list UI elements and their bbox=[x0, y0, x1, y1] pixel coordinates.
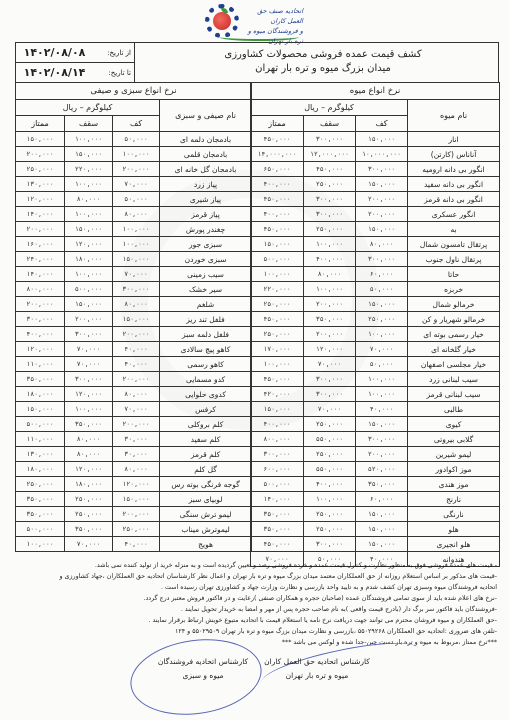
price-premium: ۳۵۰,۰۰۰ bbox=[251, 522, 304, 537]
item-name: خرمالو شهریار و کن bbox=[408, 312, 500, 327]
item-name: کلم سفید bbox=[160, 432, 252, 447]
price-max: ۸۰,۰۰۰ bbox=[65, 432, 113, 447]
price-premium: ۴۵۰,۰۰۰ bbox=[251, 537, 304, 552]
price-min: ۱۵۰,۰۰۰ bbox=[356, 522, 408, 537]
item-name: پیاز زرد bbox=[160, 177, 252, 192]
price-max: ۱۸۰,۰۰۰ bbox=[65, 252, 113, 267]
price-premium: ۶۵۰,۰۰۰ bbox=[251, 162, 304, 177]
item-name: گوجه فرنگی بوته رس bbox=[160, 477, 252, 492]
to-date-label: تا تاریخ: bbox=[93, 69, 134, 77]
title-line1: کشف قیمت عمده فروشی محصولات کشاورزی bbox=[148, 48, 498, 62]
price-premium: ۲۲۰,۰۰۰ bbox=[251, 282, 304, 297]
item-name: کرفس bbox=[160, 402, 252, 417]
vegetable-row: لیموترش میناب۲۵۰,۰۰۰۳۵۰,۰۰۰۵۰۰,۰۰۰ bbox=[16, 522, 252, 537]
vegetable-row: پیاز زرد۷۰,۰۰۰۱۰۰,۰۰۰۱۳۰,۰۰۰ bbox=[16, 177, 252, 192]
page-title: کشف قیمت عمده فروشی محصولات کشاورزی میدا… bbox=[148, 43, 498, 82]
item-name: گل کلم bbox=[160, 462, 252, 477]
price-premium: ۱۰۰,۰۰۰ bbox=[251, 267, 304, 282]
price-premium: ۶۰۰,۰۰۰ bbox=[251, 462, 304, 477]
price-premium: ۳۵۰,۰۰۰ bbox=[16, 372, 65, 387]
price-premium: ۲۰۰,۰۰۰ bbox=[16, 147, 65, 162]
vegetable-row: کلم بروکلی۲۰۰,۰۰۰۳۵۰,۰۰۰۵۰۰,۰۰۰ bbox=[16, 417, 252, 432]
item-name: به bbox=[408, 222, 500, 237]
price-min: ۳۰۰,۰۰۰ bbox=[113, 282, 160, 297]
fruit-row: سیب لبنانی قرمز۱۰۰,۰۰۰۳۰۰,۰۰۰۴۲۰,۰۰۰ bbox=[251, 387, 500, 402]
price-min: ۴۰,۰۰۰ bbox=[113, 342, 160, 357]
item-name: پرتقال تامسون شمال bbox=[408, 237, 500, 252]
price-max: ۱۰۰,۰۰۰ bbox=[65, 207, 113, 222]
item-name: کلم قرمز bbox=[160, 447, 252, 462]
price-max: ۲۵۰,۰۰۰ bbox=[304, 177, 356, 192]
item-name: پیاز قرمز bbox=[160, 207, 252, 222]
price-max: ۱۲۰,۰۰۰ bbox=[65, 237, 113, 252]
fruit-row: نارنگی۱۵۰,۰۰۰۲۵۰,۰۰۰۳۵۰,۰۰۰ bbox=[251, 507, 500, 522]
fruit-row: موز هندی۳۵۰,۰۰۰۴۰۰,۰۰۰۵۰۰,۰۰۰ bbox=[251, 477, 500, 492]
item-name: کاهو پیچ سالادی bbox=[160, 342, 252, 357]
item-name: پرتقال ناول جنوب bbox=[408, 252, 500, 267]
price-max: ۳۵۰,۰۰۰ bbox=[304, 312, 356, 327]
fruit-row: حاتا۶۰,۰۰۰۸۰,۰۰۰۱۰۰,۰۰۰ bbox=[251, 267, 500, 282]
price-min: ۵۰,۰۰۰ bbox=[356, 282, 408, 297]
price-min: ۷۰,۰۰۰ bbox=[113, 177, 160, 192]
price-premium: ۳۰۰,۰۰۰ bbox=[16, 312, 65, 327]
price-max: ۲۰۰,۰۰۰ bbox=[304, 327, 356, 342]
item-name: هلو انجیری bbox=[408, 537, 500, 552]
price-min: ۱۵۰,۰۰۰ bbox=[356, 222, 408, 237]
item-name: خربزه bbox=[408, 282, 500, 297]
vegetable-row: کلم قرمز۳۰,۰۰۰۸۰,۰۰۰۱۳۰,۰۰۰ bbox=[16, 447, 252, 462]
item-name: خرمالو شمال bbox=[408, 297, 500, 312]
price-max: ۲۵۰,۰۰۰ bbox=[304, 447, 356, 462]
vegetable-row: سبزی خوردن۱۵۰,۰۰۰۱۸۰,۰۰۰۲۴۰,۰۰۰ bbox=[16, 252, 252, 267]
item-name: بادمجان گل خانه ای bbox=[160, 162, 252, 177]
price-min: ۸۰,۰۰۰ bbox=[113, 297, 160, 312]
price-premium: ۲۵۰,۰۰۰ bbox=[251, 297, 304, 312]
fruit-row: خیار گلخانه ای۷۰,۰۰۰۱۲۰,۰۰۰۱۷۰,۰۰۰ bbox=[251, 342, 500, 357]
vegetable-price-table: نرخ انواع سبزی و صیفی نام صیفی و سبزی کی… bbox=[15, 82, 252, 552]
fruit-row: خرمالو شمال۱۵۰,۰۰۰۲۰۰,۰۰۰۲۵۰,۰۰۰ bbox=[251, 297, 500, 312]
price-min: ۳۰,۰۰۰ bbox=[113, 432, 160, 447]
to-date-row: تا تاریخ: ۱۴۰۲/۰۸/۱۴ bbox=[16, 63, 134, 82]
item-name: لیمو شیرین bbox=[408, 447, 500, 462]
fruit-row: هلو۱۵۰,۰۰۰۲۵۰,۰۰۰۳۵۰,۰۰۰ bbox=[251, 522, 500, 537]
price-premium: ۴۰۰,۰۰۰ bbox=[251, 177, 304, 192]
item-name: موز اکوادور bbox=[408, 462, 500, 477]
fruit-unit-header: کیلوگرم – ریال bbox=[251, 100, 408, 116]
price-max: ۳۰۰,۰۰۰ bbox=[304, 207, 356, 222]
vegetable-row: لیمو ترش سنگی۲۰۰,۰۰۰۲۵۰,۰۰۰۳۵۰,۰۰۰ bbox=[16, 507, 252, 522]
signature-right-line2: میوه و تره بار تهران bbox=[262, 669, 372, 683]
price-premium: ۱۱۰,۰۰۰ bbox=[16, 357, 65, 372]
fruit-row: به۱۵۰,۰۰۰۲۵۰,۰۰۰۴۵۰,۰۰۰ bbox=[251, 222, 500, 237]
item-name: سبزی جور bbox=[160, 237, 252, 252]
price-min: ۴۰,۰۰۰ bbox=[113, 537, 160, 552]
item-name: هویج bbox=[160, 537, 252, 552]
price-premium: ۳۵۰,۰۰۰ bbox=[251, 507, 304, 522]
fruit-row: آناناس (کارتن)۱۰,۰۰۰,۰۰۰۱۲,۰۰۰,۰۰۰۱۴,۰۰۰… bbox=[251, 147, 500, 162]
price-premium: ۱۴۰,۰۰۰ bbox=[251, 492, 304, 507]
price-premium: ۱۱۰,۰۰۰ bbox=[16, 432, 65, 447]
price-min: ۶۰,۰۰۰ bbox=[356, 492, 408, 507]
item-name: لیمو ترش سنگی bbox=[160, 507, 252, 522]
price-premium: ۵۰۰,۰۰۰ bbox=[16, 522, 65, 537]
logo-line1: اتحادیه صنف حق العمل کاران bbox=[243, 6, 303, 26]
item-name: کدو مسمایی bbox=[160, 372, 252, 387]
price-premium: ۲۵۰,۰۰۰ bbox=[251, 327, 304, 342]
fruit-row: خرمالو شهریار و کن۲۵۰,۰۰۰۳۵۰,۰۰۰۴۵۰,۰۰۰ bbox=[251, 312, 500, 327]
price-premium: ۴۵۰,۰۰۰ bbox=[251, 192, 304, 207]
item-name: سیر خشک bbox=[160, 282, 252, 297]
price-min: ۱۰۰,۰۰۰ bbox=[356, 327, 408, 342]
vegetable-row: کدوی حلوایی۸۰,۰۰۰۱۲۰,۰۰۰۱۸۰,۰۰۰ bbox=[16, 387, 252, 402]
veg-unit-header: کیلوگرم – ریال bbox=[16, 100, 160, 116]
fruit-row: انگور بی دانه قرمز۲۰۰,۰۰۰۳۰۰,۰۰۰۴۵۰,۰۰۰ bbox=[251, 192, 500, 207]
price-premium: ۵۰۰,۰۰۰ bbox=[251, 477, 304, 492]
price-premium: ۴۵۰,۰۰۰ bbox=[251, 132, 304, 147]
price-premium: ۲۵۰,۰۰۰ bbox=[16, 477, 65, 492]
price-max: ۱۰۰,۰۰۰ bbox=[65, 402, 113, 417]
price-min: ۶۰,۰۰۰ bbox=[356, 267, 408, 282]
item-name: انگور بی دانه سفید bbox=[408, 177, 500, 192]
item-name: گلابی بیروتی bbox=[408, 432, 500, 447]
price-max: ۱۰۰,۰۰۰ bbox=[65, 177, 113, 192]
from-date-value: ۱۴۰۲/۰۸/۰۸ bbox=[16, 46, 93, 59]
price-premium: ۱۲۰,۰۰۰ bbox=[16, 342, 65, 357]
price-max: ۱۵۰,۰۰۰ bbox=[65, 147, 113, 162]
fruit-row: خیار رسمی بوته ای۱۰۰,۰۰۰۲۰۰,۰۰۰۲۵۰,۰۰۰ bbox=[251, 327, 500, 342]
veg-col-premium: ممتاز bbox=[16, 116, 65, 132]
vegetable-row: هویج۴۰,۰۰۰۷۰,۰۰۰۱۰۰,۰۰۰ bbox=[16, 537, 252, 552]
price-min: ۲۵۰,۰۰۰ bbox=[356, 312, 408, 327]
price-max: ۱۰۰,۰۰۰ bbox=[65, 132, 113, 147]
price-premium: ۱۵۰,۰۰۰ bbox=[16, 402, 65, 417]
fruit-section-title: نرخ انواع میوه bbox=[251, 83, 500, 100]
from-date-label: از تاریخ: bbox=[93, 49, 134, 57]
fruit-row: خربزه۵۰,۰۰۰۱۰۰,۰۰۰۲۲۰,۰۰۰ bbox=[251, 282, 500, 297]
footnotes: - قیمت های عمده فروشی فوق به منظور نظارت… bbox=[27, 560, 497, 648]
fruit-row: نارنج۶۰,۰۰۰۱۰۰,۰۰۰۱۴۰,۰۰۰ bbox=[251, 492, 500, 507]
note: -تلفن های ضروری :اتحادیه حق العملکاران ۵… bbox=[27, 626, 497, 637]
price-premium: ۲۴۰,۰۰۰ bbox=[16, 252, 65, 267]
price-premium: ۸۰۰,۰۰۰ bbox=[16, 282, 65, 297]
price-min: ۱۰۰,۰۰۰ bbox=[356, 387, 408, 402]
price-max: ۸۰,۰۰۰ bbox=[65, 447, 113, 462]
price-premium: ۱۵۰,۰۰۰ bbox=[16, 132, 65, 147]
price-max: ۱۲۰,۰۰۰ bbox=[304, 342, 356, 357]
signature-right-line1: کارشناس اتحادیه حق العمل کاران bbox=[262, 655, 372, 669]
price-min: ۲۰۰,۰۰۰ bbox=[356, 192, 408, 207]
price-max: ۳۰۰,۰۰۰ bbox=[65, 372, 113, 387]
veg-section-title: نرخ انواع سبزی و صیفی bbox=[16, 83, 252, 100]
price-max: ۱۰۰,۰۰۰ bbox=[304, 237, 356, 252]
price-max: ۲۵۰,۰۰۰ bbox=[304, 417, 356, 432]
vegetable-row: کاهو پیچ سالادی۴۰,۰۰۰۷۰,۰۰۰۱۲۰,۰۰۰ bbox=[16, 342, 252, 357]
price-max: ۷۰,۰۰۰ bbox=[304, 357, 356, 372]
price-premium: ۱۴۰,۰۰۰ bbox=[16, 207, 65, 222]
price-min: ۱۰,۰۰۰,۰۰۰ bbox=[356, 147, 408, 162]
price-premium: ۱۰۰,۰۰۰ bbox=[16, 537, 65, 552]
fruit-row: انار۱۵۰,۰۰۰۳۰۰,۰۰۰۴۵۰,۰۰۰ bbox=[251, 132, 500, 147]
veg-name-header: نام صیفی و سبزی bbox=[160, 100, 252, 132]
price-max: ۱۵۰,۰۰۰ bbox=[65, 297, 113, 312]
item-name: بادمجان قلمی bbox=[160, 147, 252, 162]
fruit-price-table: نرخ انواع میوه نام میوه کیلوگرم – ریال ک… bbox=[250, 82, 500, 567]
price-max: ۱۰۰,۰۰۰ bbox=[304, 282, 356, 297]
fruit-col-max: سقف bbox=[304, 116, 356, 132]
price-premium: ۱۶۰,۰۰۰ bbox=[16, 237, 65, 252]
price-min: ۳۵۰,۰۰۰ bbox=[356, 477, 408, 492]
item-name: بادمجان دلمه ای bbox=[160, 132, 252, 147]
vegetable-row: پیاز قرمز۸۰,۰۰۰۱۰۰,۰۰۰۱۴۰,۰۰۰ bbox=[16, 207, 252, 222]
price-max: ۷۰,۰۰۰ bbox=[304, 402, 356, 417]
price-min: ۵۰,۰۰۰ bbox=[113, 192, 160, 207]
price-premium: ۲۰۰,۰۰۰ bbox=[16, 222, 65, 237]
vegetable-row: بادمجان گل خانه ای۲۰۰,۰۰۰۲۲۰,۰۰۰۲۵۰,۰۰۰ bbox=[16, 162, 252, 177]
price-premium: ۸۰۰,۰۰۰ bbox=[251, 432, 304, 447]
price-max: ۱۲۰,۰۰۰ bbox=[65, 462, 113, 477]
vegetable-row: سیر خشک۳۰۰,۰۰۰۵۰۰,۰۰۰۸۰۰,۰۰۰ bbox=[16, 282, 252, 297]
price-min: ۲۰۰,۰۰۰ bbox=[113, 327, 160, 342]
price-min: ۷۰,۰۰۰ bbox=[113, 402, 160, 417]
price-min: ۱۵۰,۰۰۰ bbox=[356, 132, 408, 147]
price-max: ۱۸۰,۰۰۰ bbox=[65, 477, 113, 492]
price-max: ۷۰,۰۰۰ bbox=[65, 357, 113, 372]
item-name: کیوی bbox=[408, 417, 500, 432]
price-min: ۸۰,۰۰۰ bbox=[113, 462, 160, 477]
union-logo: اتحادیه صنف حق العمل کاران و فروشندگان م… bbox=[205, 2, 305, 42]
fruit-row: انگور عسکری۲۰۰,۰۰۰۳۰۰,۰۰۰۴۰۰,۰۰۰ bbox=[251, 207, 500, 222]
vegetable-row: کدو مسمایی۲۰۰,۰۰۰۳۰۰,۰۰۰۳۵۰,۰۰۰ bbox=[16, 372, 252, 387]
price-min: ۳۰,۰۰۰ bbox=[113, 447, 160, 462]
signature-brokers-union: کارشناس اتحادیه حق العمل کاران میوه و تر… bbox=[262, 655, 372, 683]
price-max: ۳۰۰,۰۰۰ bbox=[304, 192, 356, 207]
price-premium: ۳۰۰,۰۰۰ bbox=[251, 447, 304, 462]
fruit-row: گلابی بیروتی۳۰۰,۰۰۰۵۵۰,۰۰۰۸۰۰,۰۰۰ bbox=[251, 432, 500, 447]
item-name: کدوی حلوایی bbox=[160, 387, 252, 402]
fruit-row: موز اکوادور۵۲۰,۰۰۰۵۵۰,۰۰۰۶۰۰,۰۰۰ bbox=[251, 462, 500, 477]
fruit-row: پرتقال ناول جنوب۳۰۰,۰۰۰۴۰۰,۰۰۰۵۰۰,۰۰۰ bbox=[251, 252, 500, 267]
price-min: ۱۵۰,۰۰۰ bbox=[356, 177, 408, 192]
vegetable-row: سیب زمینی۷۰,۰۰۰۱۰۰,۰۰۰۱۴۰,۰۰۰ bbox=[16, 267, 252, 282]
price-premium: ۳۵۰,۰۰۰ bbox=[16, 492, 65, 507]
item-name: لوبیای سبز bbox=[160, 492, 252, 507]
fruit-row: طالبی۴۰,۰۰۰۷۰,۰۰۰۱۵۰,۰۰۰ bbox=[251, 402, 500, 417]
price-max: ۱۰۰,۰۰۰ bbox=[65, 267, 113, 282]
date-range: از تاریخ: ۱۴۰۲/۰۸/۰۸ تا تاریخ: ۱۴۰۲/۰۸/۱… bbox=[16, 43, 135, 82]
price-max: ۳۰۰,۰۰۰ bbox=[65, 327, 113, 342]
price-min: ۱۵۰,۰۰۰ bbox=[113, 492, 160, 507]
price-min: ۱۰۰,۰۰۰ bbox=[113, 222, 160, 237]
item-name: لیموترش میناب bbox=[160, 522, 252, 537]
price-max: ۱۵۰,۰۰۰ bbox=[65, 222, 113, 237]
price-min: ۴۰,۰۰۰ bbox=[356, 402, 408, 417]
price-min: ۲۰۰,۰۰۰ bbox=[113, 507, 160, 522]
price-premium: ۵۰۰,۰۰۰ bbox=[251, 252, 304, 267]
price-premium: ۴۰۰,۰۰۰ bbox=[251, 417, 304, 432]
price-premium: ۱۴,۰۰۰,۰۰۰ bbox=[251, 147, 304, 162]
note: -فروشندگان باید فاکتور سر برگ دار (بادرج… bbox=[27, 604, 497, 615]
price-max: ۳۵۰,۰۰۰ bbox=[65, 417, 113, 432]
price-max: ۷۰,۰۰۰ bbox=[65, 537, 113, 552]
fruit-row: سیب لبنانی زرد۱۰۰,۰۰۰۳۰۰,۰۰۰۴۵۰,۰۰۰ bbox=[251, 372, 500, 387]
item-name: انگور عسکری bbox=[408, 207, 500, 222]
item-name: طالبی bbox=[408, 402, 500, 417]
price-max: ۲۰۰,۰۰۰ bbox=[65, 312, 113, 327]
price-max: ۳۰۰,۰۰۰ bbox=[304, 387, 356, 402]
price-max: ۱۲,۰۰۰,۰۰۰ bbox=[304, 147, 356, 162]
fruit-name-header: نام میوه bbox=[408, 100, 500, 132]
price-min: ۲۰۰,۰۰۰ bbox=[113, 372, 160, 387]
price-min: ۴۰,۰۰۰ bbox=[113, 357, 160, 372]
item-name: انار bbox=[408, 132, 500, 147]
signature-vendors-union: کارشناس اتحادیه فروشندگان میوه و سبزی bbox=[148, 655, 258, 683]
price-max: ۳۰۰,۰۰۰ bbox=[304, 132, 356, 147]
price-max: ۳۰۰,۰۰۰ bbox=[304, 537, 356, 552]
price-premium: ۱۷۰,۰۰۰ bbox=[251, 342, 304, 357]
price-premium: ۱۳۰,۰۰۰ bbox=[16, 447, 65, 462]
price-min: ۱۰۰,۰۰۰ bbox=[113, 237, 160, 252]
title-line2: میدان بزرگ میوه و تره بار تهران bbox=[148, 62, 498, 76]
price-min: ۲۰۰,۰۰۰ bbox=[113, 162, 160, 177]
note: -حق العملکاران و میوه فروشان محترم می تو… bbox=[27, 615, 497, 626]
price-min: ۱۵۰,۰۰۰ bbox=[356, 417, 408, 432]
item-name: انگور بی دانه ارومیه bbox=[408, 162, 500, 177]
price-max: ۳۵۰,۰۰۰ bbox=[65, 522, 113, 537]
price-premium: ۱۸۰,۰۰۰ bbox=[16, 387, 65, 402]
price-min: ۵۰,۰۰۰ bbox=[356, 357, 408, 372]
price-min: ۳۰۰,۰۰۰ bbox=[356, 432, 408, 447]
price-max: ۲۵۰,۰۰۰ bbox=[304, 522, 356, 537]
vegetable-row: پیاز شیری۵۰,۰۰۰۸۰,۰۰۰۱۲۰,۰۰۰ bbox=[16, 192, 252, 207]
price-premium: ۴۵۰,۰۰۰ bbox=[251, 372, 304, 387]
note: اتحادیه فروشندگان میوه وسبزی تهران کشف ش… bbox=[27, 582, 497, 593]
note: -نرخ های اعلام شده باید از سوی تمامی فرو… bbox=[27, 593, 497, 604]
vegetable-row: شلغم۸۰,۰۰۰۱۵۰,۰۰۰۲۰۰,۰۰۰ bbox=[16, 297, 252, 312]
price-premium: ۲۰۰,۰۰۰ bbox=[16, 297, 65, 312]
price-premium: ۱۳۰,۰۰۰ bbox=[16, 177, 65, 192]
price-max: ۲۵۰,۰۰۰ bbox=[304, 507, 356, 522]
fruit-col-premium: ممتاز bbox=[251, 116, 304, 132]
item-name: سیب لبنانی قرمز bbox=[408, 387, 500, 402]
item-name: کاهو رسمی bbox=[160, 357, 252, 372]
price-premium: ۱۲۰,۰۰۰ bbox=[16, 192, 65, 207]
price-max: ۲۵۰,۰۰۰ bbox=[65, 492, 113, 507]
price-premium: ۴۵۰,۰۰۰ bbox=[251, 312, 304, 327]
note: - قیمت های عمده فروشی فوق به منظور نظارت… bbox=[27, 560, 497, 571]
fruit-row: هلو انجیری۱۵۰,۰۰۰۳۰۰,۰۰۰۴۵۰,۰۰۰ bbox=[251, 537, 500, 552]
price-max: ۴۰۰,۰۰۰ bbox=[304, 252, 356, 267]
fruit-row: انگور بی دانه ارومیه۳۰۰,۰۰۰۴۵۰,۰۰۰۶۵۰,۰۰… bbox=[251, 162, 500, 177]
price-min: ۳۰۰,۰۰۰ bbox=[356, 252, 408, 267]
price-min: ۸۰,۰۰۰ bbox=[113, 387, 160, 402]
price-max: ۴۰۰,۰۰۰ bbox=[304, 477, 356, 492]
price-min: ۷۰,۰۰۰ bbox=[113, 267, 160, 282]
vegetable-row: فلفل تند ریز۱۵۰,۰۰۰۲۰۰,۰۰۰۳۰۰,۰۰۰ bbox=[16, 312, 252, 327]
price-max: ۷۰,۰۰۰ bbox=[65, 342, 113, 357]
vegetable-row: چغندر پورش۱۰۰,۰۰۰۱۵۰,۰۰۰۲۰۰,۰۰۰ bbox=[16, 222, 252, 237]
price-max: ۲۰۰,۰۰۰ bbox=[304, 297, 356, 312]
item-name: حاتا bbox=[408, 267, 500, 282]
price-min: ۸۰,۰۰۰ bbox=[113, 207, 160, 222]
item-name: چغندر پورش bbox=[160, 222, 252, 237]
price-premium: ۴۲۰,۰۰۰ bbox=[251, 387, 304, 402]
item-name: خیار گلخانه ای bbox=[408, 342, 500, 357]
price-premium: ۱۵۰,۰۰۰ bbox=[251, 402, 304, 417]
vegetable-row: لوبیای سبز۱۵۰,۰۰۰۲۵۰,۰۰۰۳۵۰,۰۰۰ bbox=[16, 492, 252, 507]
item-name: موز هندی bbox=[408, 477, 500, 492]
vegetable-row: سبزی جور۱۰۰,۰۰۰۱۲۰,۰۰۰۱۶۰,۰۰۰ bbox=[16, 237, 252, 252]
price-max: ۲۵۰,۰۰۰ bbox=[304, 222, 356, 237]
price-premium: ۱۵۰,۰۰۰ bbox=[251, 237, 304, 252]
item-name: کلم بروکلی bbox=[160, 417, 252, 432]
item-name: انگور بی دانه قرمز bbox=[408, 192, 500, 207]
price-max: ۸۰,۰۰۰ bbox=[65, 192, 113, 207]
vegetable-row: کرفس۷۰,۰۰۰۱۰۰,۰۰۰۱۵۰,۰۰۰ bbox=[16, 402, 252, 417]
price-premium: ۴۵۰,۰۰۰ bbox=[251, 222, 304, 237]
price-premium: ۱۴۰,۰۰۰ bbox=[16, 267, 65, 282]
item-name: نارنج bbox=[408, 492, 500, 507]
price-min: ۸۰,۰۰۰ bbox=[356, 237, 408, 252]
price-max: ۲۲۰,۰۰۰ bbox=[65, 162, 113, 177]
price-min: ۱۰۰,۰۰۰ bbox=[113, 147, 160, 162]
price-max: ۵۵۰,۰۰۰ bbox=[304, 432, 356, 447]
veg-col-min: کف bbox=[113, 116, 160, 132]
item-name: نارنگی bbox=[408, 507, 500, 522]
item-name: خیار رسمی بوته ای bbox=[408, 327, 500, 342]
document-header: کشف قیمت عمده فروشی محصولات کشاورزی میدا… bbox=[15, 42, 499, 83]
price-max: ۵۵۰,۰۰۰ bbox=[304, 462, 356, 477]
vegetable-row: کلم سفید۳۰,۰۰۰۸۰,۰۰۰۱۱۰,۰۰۰ bbox=[16, 432, 252, 447]
price-premium: ۴۰۰,۰۰۰ bbox=[16, 327, 65, 342]
logo-text: اتحادیه صنف حق العمل کاران و فروشندگان م… bbox=[243, 6, 303, 46]
price-min: ۲۵۰,۰۰۰ bbox=[113, 522, 160, 537]
fruit-row: انگور بی دانه سفید۱۵۰,۰۰۰۲۵۰,۰۰۰۴۰۰,۰۰۰ bbox=[251, 177, 500, 192]
price-min: ۷۰,۰۰۰ bbox=[356, 342, 408, 357]
item-name: فلفل تند ریز bbox=[160, 312, 252, 327]
price-max: ۴۵۰,۰۰۰ bbox=[304, 162, 356, 177]
price-min: ۱۰۰,۰۰۰ bbox=[356, 372, 408, 387]
vegetable-row: کاهو رسمی۴۰,۰۰۰۷۰,۰۰۰۱۱۰,۰۰۰ bbox=[16, 357, 252, 372]
veg-col-max: سقف bbox=[65, 116, 113, 132]
item-name: سبزی خوردن bbox=[160, 252, 252, 267]
fruit-row: خیار مجلسی اصفهان۵۰,۰۰۰۷۰,۰۰۰۱۰۰,۰۰۰ bbox=[251, 357, 500, 372]
from-date-row: از تاریخ: ۱۴۰۲/۰۸/۰۸ bbox=[16, 43, 134, 63]
price-premium: ۴۰۰,۰۰۰ bbox=[251, 207, 304, 222]
price-min: ۳۰۰,۰۰۰ bbox=[356, 162, 408, 177]
vegetable-row: فلفل دلمه سبز۲۰۰,۰۰۰۳۰۰,۰۰۰۴۰۰,۰۰۰ bbox=[16, 327, 252, 342]
item-name: خیار مجلسی اصفهان bbox=[408, 357, 500, 372]
price-premium: ۱۰۰,۰۰۰ bbox=[251, 357, 304, 372]
price-min: ۱۵۰,۰۰۰ bbox=[356, 297, 408, 312]
price-max: ۵۰۰,۰۰۰ bbox=[65, 282, 113, 297]
fruit-row: پرتقال تامسون شمال۸۰,۰۰۰۱۰۰,۰۰۰۱۵۰,۰۰۰ bbox=[251, 237, 500, 252]
to-date-value: ۱۴۰۲/۰۸/۱۴ bbox=[16, 66, 93, 79]
price-min: ۱۵۰,۰۰۰ bbox=[113, 252, 160, 267]
note: ***نرخ ممتاز ،مربوط به میوه و تره بار دس… bbox=[27, 637, 497, 648]
apple-icon bbox=[213, 12, 231, 30]
vegetable-row: بادمجان قلمی۱۰۰,۰۰۰۱۵۰,۰۰۰۲۰۰,۰۰۰ bbox=[16, 147, 252, 162]
item-name: آناناس (کارتن) bbox=[408, 147, 500, 162]
signature-left-line2: میوه و سبزی bbox=[148, 669, 258, 683]
fruit-row: لیمو شیرین۲۰۰,۰۰۰۲۵۰,۰۰۰۳۰۰,۰۰۰ bbox=[251, 447, 500, 462]
vegetable-row: گل کلم۸۰,۰۰۰۱۲۰,۰۰۰۱۸۰,۰۰۰ bbox=[16, 462, 252, 477]
price-min: ۵۰,۰۰۰ bbox=[113, 132, 160, 147]
price-min: ۱۵۰,۰۰۰ bbox=[356, 507, 408, 522]
item-name: فلفل دلمه سبز bbox=[160, 327, 252, 342]
price-min: ۱۲۰,۰۰۰ bbox=[113, 477, 160, 492]
price-min: ۱۵۰,۰۰۰ bbox=[356, 537, 408, 552]
price-min: ۲۰۰,۰۰۰ bbox=[113, 417, 160, 432]
